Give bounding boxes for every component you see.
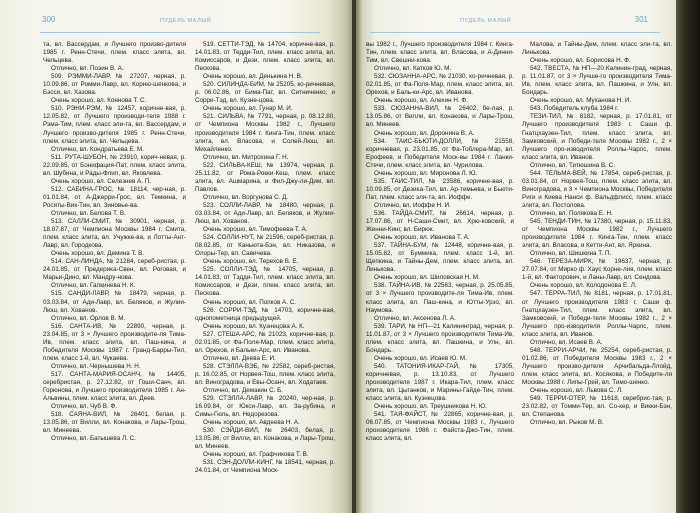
text-paragraph: 541. ТАЯ-ФАЙСТ, № 22865, коричне-вая, р.… (366, 411, 514, 443)
text-paragraph: Отлично, вл. Деева Е. И. (195, 355, 335, 363)
text-paragraph: Очень хорошо, вл. Доронина В. А. (366, 130, 514, 138)
text-paragraph: Очень хорошо, вл. Коннова Т. С. (43, 97, 186, 105)
text-paragraph: Отлично, вл. Чуб В. Ф. (43, 403, 186, 411)
text-paragraph: 539. ТАРИ, № НП—21 Калининград, черная, … (366, 323, 514, 355)
page-number-right: 301 (635, 15, 648, 24)
text-paragraph: 529. СТЭЛЛА-ЛАВР, № 20240, чер-ная, р. 1… (195, 395, 335, 419)
text-paragraph: ТЕЗИ-ТИЛ, № 8182, черная, р. 17.01.81, о… (522, 113, 672, 161)
text-paragraph: 534. ТАИС-БЬЮТИ-ДОЛЛИ, № 21558, коричнев… (366, 138, 514, 170)
text-paragraph: 520. СИЛИНДА-БИМ, № 25205, ко-ричневая, … (195, 81, 335, 105)
book-edge-shadow (676, 0, 700, 513)
text-paragraph: 547. ТЕРРА-ТИЛ, № 8181, черная, р. 17.01… (522, 290, 672, 338)
text-paragraph: Отлично, вл. Шишкина Т. П. (522, 250, 672, 258)
text-paragraph: 542. ТВЕСТА, № НП—20 Калинин-град, черна… (522, 65, 672, 97)
text-paragraph: вы 1982 г., Лучшего производителя 1984 г… (366, 41, 514, 65)
text-paragraph: Очень хорошо, вл. Треушникова Н. Ю. (366, 403, 514, 411)
left-page: 300 ПУДЕЛЬ МАЛЫЙ та, вл. Вассердам, и Лу… (0, 0, 356, 513)
running-head-right: ПУДЕЛЬ МАЛЫЙ (460, 18, 511, 24)
text-paragraph: 510. РЭНИ-РЭМ, № 12457, коричне-вая, р. … (43, 105, 186, 145)
text-paragraph: Отлично, вл. Чернышева Н. Н. (43, 363, 186, 371)
text-column-1: та, вл. Вассердам, и Лучшего произво-дит… (43, 41, 186, 443)
text-paragraph: Отлично, вл. Титюшина В. С. (522, 162, 672, 170)
text-paragraph: Отлично, вл. Катков Ю. М. (366, 65, 514, 73)
text-paragraph: Очень хорошо, вл. Львова С. Л. (522, 387, 672, 395)
text-paragraph: 530. СЭЙДИ-ВИЛ, № 26403, белая, р. 13.05… (195, 427, 335, 451)
text-paragraph: 526. СОРРИ-ТЭД, № 14703, коричне-вая, од… (195, 307, 335, 323)
text-paragraph: 531. СЭН-ДОЛЛИ-КИНГ, № 18541, черная, р.… (195, 459, 335, 475)
page-number-left: 300 (42, 15, 55, 24)
text-paragraph: 540. ТАТОНИЯ-ИКАР-ГАЙ, № 17305, коричнев… (366, 363, 514, 403)
text-paragraph: Отлично, вл. Рыков М. В. (522, 419, 672, 427)
book-spread: 300 ПУДЕЛЬ МАЛЫЙ та, вл. Вассердам, и Лу… (0, 0, 700, 513)
text-paragraph: 509. РЭММИ-ЛАВР, № 27207, черная, р. 10.… (43, 73, 186, 97)
text-paragraph: Очень хорошо, вл. Колодонова Е. Л. (522, 282, 672, 290)
text-paragraph: 545. ТЕНДИ-ТИН, № 17380, черная, р. 15.1… (522, 218, 672, 250)
text-paragraph: Отлично, вл. Митрохина Г. Н. (195, 154, 335, 162)
text-paragraph: 543. Победитель клуба 1984 г. (522, 105, 672, 113)
text-paragraph: Очень хорошо, вл. Борисова Н. Ф. (522, 57, 672, 65)
text-paragraph: 515. САНДИ-ЛАВР, № 18479, черная, р. 03.… (43, 290, 186, 314)
text-paragraph: Отлично, вл. Орлов В. М. (43, 315, 186, 323)
text-paragraph: 532. СЮЗАННА-АРС, № 21030, ко-ричневая, … (366, 73, 514, 97)
text-paragraph: Отлично, вл. Галкинева Н. К. (43, 282, 186, 290)
text-paragraph: 519. СЕТТИ-ТЭД, № 14704, коричне-вая, р.… (195, 41, 335, 73)
text-paragraph: Очень хорошо, вл. Миронова Л. Ю. (366, 170, 514, 178)
text-paragraph: Очень хорошо, вл. Иванова Т. А. (366, 234, 514, 242)
text-column-2: 519. СЕТТИ-ТЭД, № 14704, коричне-вая, р.… (195, 41, 335, 476)
text-paragraph: Очень хорошо, вл. Попков А. С. (195, 299, 335, 307)
text-paragraph: 528. СТЭЛЛА-ВЭБ, № 22582, сереб-ристая, … (195, 363, 335, 387)
text-paragraph: Очень хорошо, вл. Гунар М. И. (195, 105, 335, 113)
text-paragraph: Очень хорошо, вл. Тимофеева Т. А. (195, 226, 335, 234)
text-paragraph: 525. СОЛЛИ-ТЭД, № 14705, черная, р. 14.0… (195, 266, 335, 298)
text-paragraph: та, вл. Вассердам, и Лучшего произво-дит… (43, 41, 186, 65)
text-paragraph: 549. ТЕРРИ-ОТЕР, № 11618, серебрис-тая, … (522, 395, 672, 419)
text-column-3: вы 1982 г., Лучшего производителя 1984 г… (366, 41, 514, 443)
text-paragraph: Очень хорошо, вл. Денькина Н. В. (195, 73, 335, 81)
text-paragraph: 513. САЛЛИ-СМИТ, № 30901, черная, р. 18.… (43, 218, 186, 250)
text-paragraph: 546. ТЕРЕЗА-МИРК, № 19637, черная, р. 27… (522, 258, 672, 282)
text-paragraph: Отлично, вл. Батышева Л. С. (43, 435, 186, 443)
text-paragraph: 511. РУТА-ШУБОН, № 23910, корич-невая, р… (43, 154, 186, 178)
text-paragraph: 537. ТАЙНА-БУМ, № 12448, коричне-вая, р.… (366, 242, 514, 274)
text-column-4: Малова, и Тайны-Дем, плем. класс эли-та,… (522, 41, 672, 427)
running-head-left: ПУДЕЛЬ МАЛЫЙ (160, 18, 211, 24)
text-paragraph: Очень хорошо, вл. Кузнецова А. К. (195, 323, 335, 331)
text-paragraph: 535. ТАИС-ТИЛ, № 23586, коричне-вая, р. … (366, 178, 514, 202)
text-paragraph: Малова, и Тайны-Дем, плем. класс эли-та,… (522, 41, 672, 57)
text-paragraph: 521. СИЛЬВА, № 7791, черная, р. 08.12.80… (195, 113, 335, 153)
text-paragraph: Отлично, вл. Аксенова Л. А. (366, 315, 514, 323)
header-rule-left (40, 32, 320, 33)
text-paragraph: Отлично, вл. Исаев В. А. (522, 339, 672, 347)
text-paragraph: Очень хорошо, вл. Графчикова Т. В. (195, 451, 335, 459)
header-rule-right (370, 32, 660, 33)
text-paragraph: Отлично, вл. Кондратьева Е. М. (43, 146, 186, 154)
text-paragraph: 536. ТАЙДА-СМИТ, № 26614, черная, р. 17.… (366, 210, 514, 234)
text-paragraph: Отлично, вл. Полякова Е. Н. (522, 210, 672, 218)
text-paragraph: 548. ТЕРРИ-АРЧИ, № 25254, сереб-ристая, … (522, 347, 672, 387)
text-paragraph: 533. СЮЗАННА-ВИЛ, № 26402, бе-лая, р. 13… (366, 105, 514, 129)
text-paragraph: Отлично, вл. Воргунова С. Д. (195, 194, 335, 202)
text-paragraph: 518. САЯНА-ВИЛ, № 26401, белая, р. 13.05… (43, 411, 186, 435)
text-paragraph: 544. ТЕЛЬМА-ВЕЙ, № 17854, сереб-ристая, … (522, 170, 672, 210)
text-paragraph: 517. САНТА-МАРИЯ-ОСАНЧ, № 14405, серебри… (43, 371, 186, 403)
text-paragraph: Очень хорошо, вл. Терехов В. Е. (195, 258, 335, 266)
text-paragraph: Очень хорошо, вл. Селезнев А. П. (43, 178, 186, 186)
text-paragraph: 538. ТАЙНА-ИВ, № 22563, черная, р. 25.05… (366, 282, 514, 314)
text-paragraph: Отлично, вл. Иоффе Н. И. (366, 202, 514, 210)
right-page: ПУДЕЛЬ МАЛЫЙ 301 вы 1982 г., Лучшего про… (356, 0, 676, 513)
text-paragraph: 512. САБИНА-ГРОС, № 18114, чер-ная, р. 0… (43, 186, 186, 210)
text-paragraph: 516. САНТА-ИВ, № 22890, черная, р. 23.04… (43, 323, 186, 363)
text-paragraph: Отлично, вл. Демакин С. Б. (195, 387, 335, 395)
text-paragraph: 524. СОЛЛИ-НУТ, № 21596, сереб-ристая, р… (195, 234, 335, 258)
text-paragraph: 527. СТЕША-АРС, № 21023, коричне-вая, р.… (195, 331, 335, 355)
text-paragraph: Очень хорошо, вл. Исаев Ю. М. (366, 355, 514, 363)
text-paragraph: 514. САН-ЛИНДА, № 21284, сереб-ристая, р… (43, 258, 186, 282)
text-paragraph: 523. СОЛЛИ-ЛАВР, № 18480, черная, р. 03.… (195, 202, 335, 226)
text-paragraph: 522. СИЛЬВА-КЕШ, № 13974, черная, р. 25.… (195, 162, 335, 194)
text-paragraph: Отлично, вл. Поэин В. А. (43, 65, 186, 73)
text-paragraph: Отлично, вл. Белова Т. В. (43, 210, 186, 218)
